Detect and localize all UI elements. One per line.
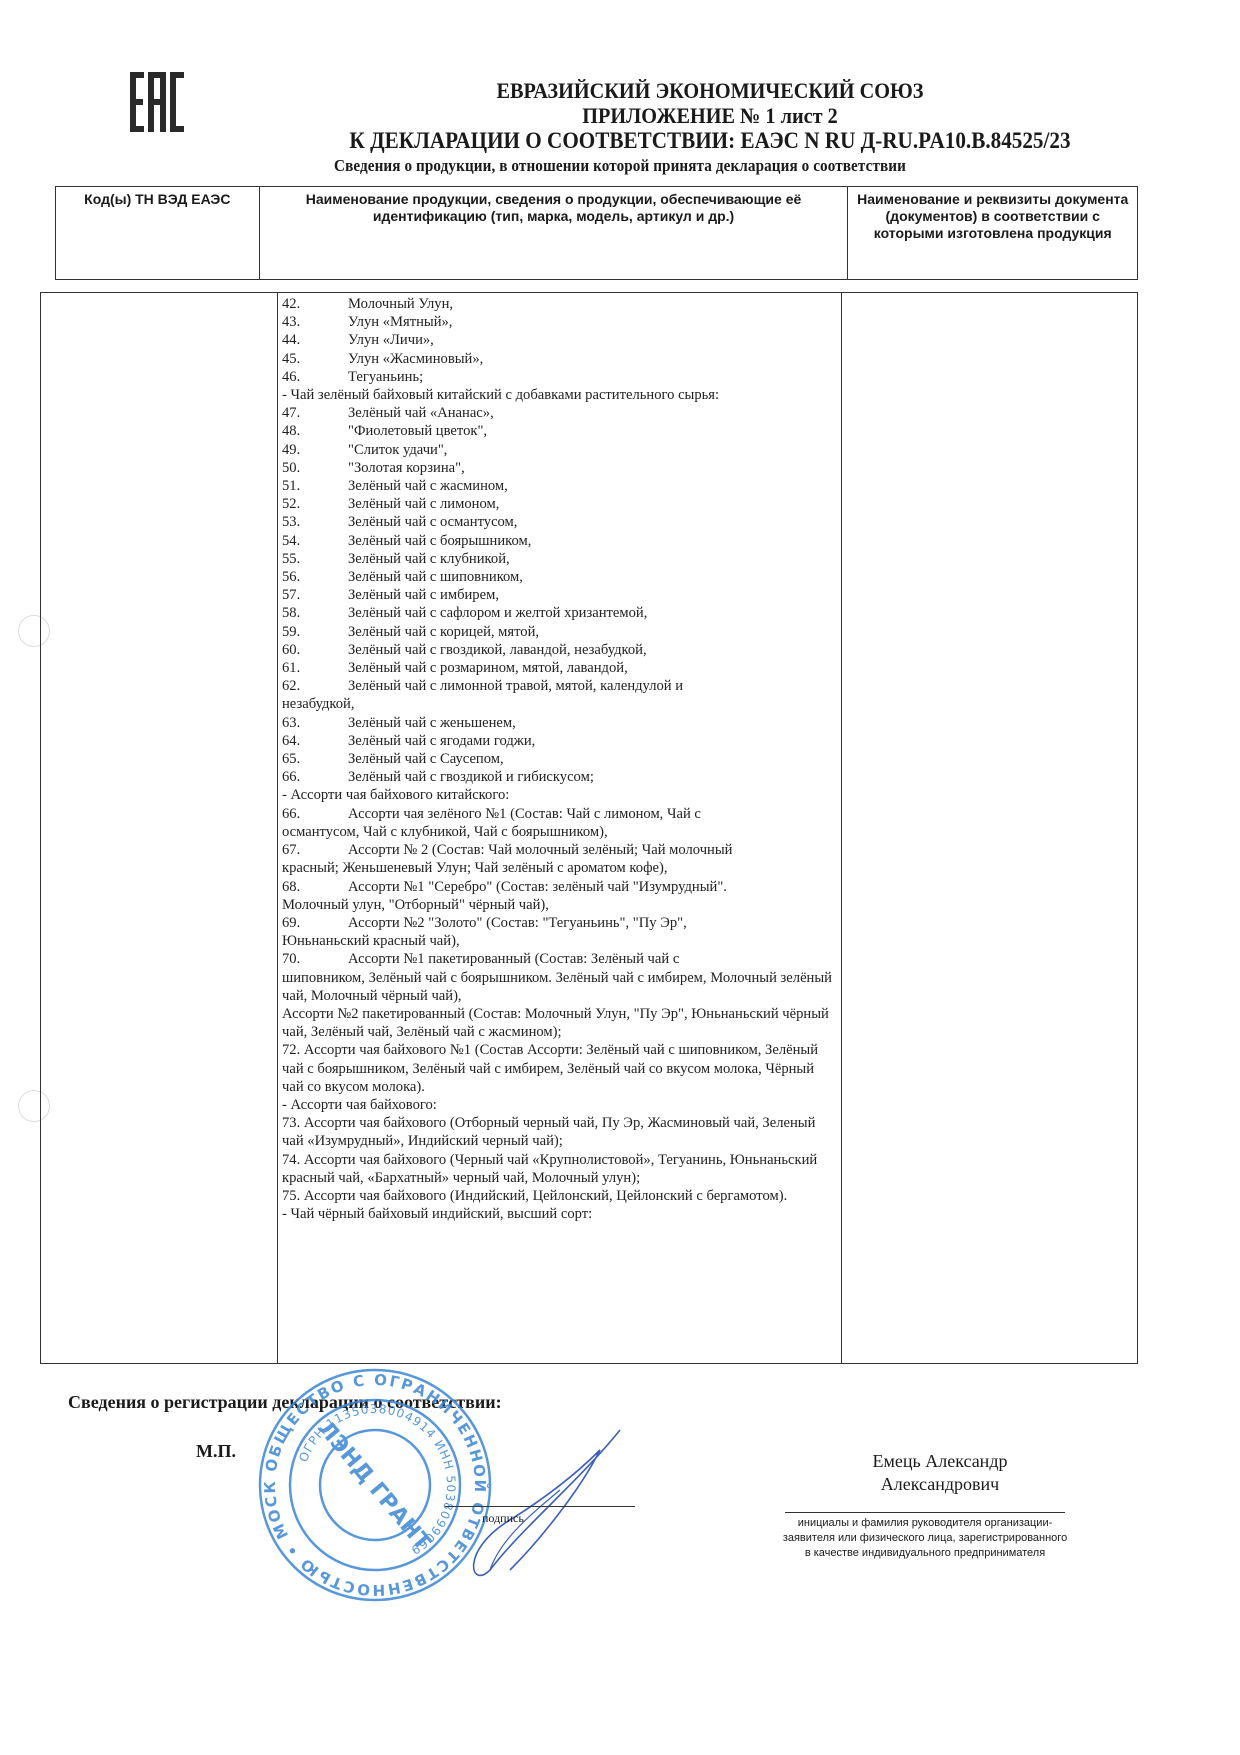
list-item: 47.Зелёный чай «Ананас», (279, 404, 839, 422)
item-text: Зелёный чай с жасмином, (348, 478, 508, 494)
item-text-continued: Молочный улун, "Отборный" чёрный чай), (279, 896, 839, 914)
signature-icon (430, 1420, 630, 1580)
item-text: Зелёный чай с лимонной травой, мятой, ка… (348, 678, 683, 694)
item-text: Зелёный чай с сафлором и желтой хризанте… (348, 605, 647, 621)
item-number: 63. (279, 714, 348, 732)
item-text: Ассорти №1 "Серебро" (Состав: зелёный ча… (348, 879, 727, 895)
products-table-body: 42.Молочный Улун,43.Улун «Мятный»,44.Улу… (40, 292, 1138, 1364)
list-paragraph: 73. Ассорти чая байхового (Отборный черн… (279, 1114, 839, 1150)
item-number: 67. (279, 841, 348, 859)
item-text: Зелёный чай с лимоном, (348, 496, 499, 512)
item-text: "Слиток удачи", (348, 442, 447, 458)
list-item: 69.Ассорти №2 "Золото" (Состав: "Тегуань… (279, 914, 839, 932)
item-number: 43. (279, 313, 348, 331)
item-text: "Фиолетовый цветок", (348, 423, 487, 439)
item-number: 66. (279, 768, 348, 786)
item-text: Зелёный чай с розмарином, мятой, лавандо… (348, 660, 628, 676)
list-item: 66.Ассорти чая зелёного №1 (Состав: Чай … (279, 805, 839, 823)
item-number: 61. (279, 659, 348, 677)
item-number: 52. (279, 495, 348, 513)
list-item: 44.Улун «Личи», (279, 331, 839, 349)
item-number: 44. (279, 331, 348, 349)
declaration-number: К ДЕКЛАРАЦИИ О СООТВЕТСТВИИ: ЕАЭС N RU Д… (140, 128, 1240, 154)
item-number: 57. (279, 586, 348, 604)
list-item: 64.Зелёный чай с ягодами годжи, (279, 732, 839, 750)
list-item: 60.Зелёный чай с гвоздикой, лавандой, не… (279, 641, 839, 659)
list-item: 57.Зелёный чай с имбирем, (279, 586, 839, 604)
item-text: Ассорти № 2 (Состав: Чай молочный зелёны… (348, 842, 732, 858)
section-heading: - Чай зелёный байховый китайский с добав… (279, 386, 839, 404)
table-header: Код(ы) ТН ВЭД ЕАЭС Наименование продукци… (55, 186, 1138, 280)
signature-caption: подпись (482, 1511, 524, 1526)
list-item: 48."Фиолетовый цветок", (279, 422, 839, 440)
list-item: 46.Тегуаньинь; (279, 368, 839, 386)
signer-name-line (785, 1512, 1065, 1513)
column-header-documents: Наименование и реквизиты документа (доку… (848, 187, 1138, 280)
signer-name-line1: Емець Александр (830, 1450, 1050, 1473)
list-item: 56.Зелёный чай с шиповником, (279, 568, 839, 586)
product-list: 42.Молочный Улун,43.Улун «Мятный»,44.Улу… (279, 295, 839, 1223)
list-item: 65.Зелёный чай с Саусепом, (279, 750, 839, 768)
column-header-product: Наименование продукции, сведения о проду… (259, 187, 848, 280)
signer-caption: инициалы и фамилия руководителя организа… (780, 1516, 1070, 1561)
item-text-continued: Юньнаньский красный чай), (279, 932, 839, 950)
item-number: 66. (279, 805, 348, 823)
section-heading: - Ассорти чая байхового: (279, 1096, 839, 1114)
item-number: 68. (279, 878, 348, 896)
item-text-continued: красный; Женьшеневый Улун; Чай зелёный с… (279, 859, 839, 877)
union-title: ЕВРАЗИЙСКИЙ ЭКОНОМИЧЕСКИЙ СОЮЗ (140, 78, 1240, 104)
item-number: 53. (279, 513, 348, 531)
item-text: Зелёный чай с Саусепом, (348, 751, 504, 767)
list-item: 51.Зелёный чай с жасмином, (279, 477, 839, 495)
item-text: Зелёный чай с корицей, мятой, (348, 624, 539, 640)
item-text: Зелёный чай с боярышником, (348, 533, 531, 549)
item-number: 64. (279, 732, 348, 750)
item-text: Зелёный чай с гвоздикой и гибискусом; (348, 769, 594, 785)
list-paragraph: 74. Ассорти чая байхового (Черный чай «К… (279, 1151, 839, 1187)
list-item: 59.Зелёный чай с корицей, мятой, (279, 623, 839, 641)
item-text: Улун «Личи», (348, 332, 434, 348)
item-number: 51. (279, 477, 348, 495)
item-number: 65. (279, 750, 348, 768)
list-item: 68.Ассорти №1 "Серебро" (Состав: зелёный… (279, 878, 839, 896)
list-item: 70.Ассорти №1 пакетированный (Состав: Зе… (279, 950, 839, 968)
item-number: 42. (279, 295, 348, 313)
item-text: Ассорти чая зелёного №1 (Состав: Чай с л… (348, 806, 701, 822)
section-heading: - Чай чёрный байховый индийский, высший … (279, 1205, 839, 1223)
item-text: "Золотая корзина", (348, 460, 465, 476)
item-text: Зелёный чай с османтусом, (348, 514, 517, 530)
item-text: Улун «Мятный», (348, 314, 452, 330)
item-number: 47. (279, 404, 348, 422)
item-number: 62. (279, 677, 348, 695)
item-text: Зелёный чай с клубникой, (348, 551, 510, 567)
item-text: Зелёный чай с гвоздикой, лавандой, незаб… (348, 642, 647, 658)
item-text: Ассорти №2 "Золото" (Состав: "Тегуаньинь… (348, 915, 687, 931)
item-text: Зелёный чай с шиповником, (348, 569, 523, 585)
item-text-continued: незабудкой, (279, 695, 839, 713)
item-number: 69. (279, 914, 348, 932)
list-item: 45.Улун «Жасминовый», (279, 350, 839, 368)
list-item: 67.Ассорти № 2 (Состав: Чай молочный зел… (279, 841, 839, 859)
signer-name-line2: Александрович (830, 1473, 1050, 1496)
list-item: 66.Зелёный чай с гвоздикой и гибискусом; (279, 768, 839, 786)
item-number: 54. (279, 532, 348, 550)
list-item: 49."Слиток удачи", (279, 441, 839, 459)
item-number: 49. (279, 441, 348, 459)
list-item: 43.Улун «Мятный», (279, 313, 839, 331)
item-number: 45. (279, 350, 348, 368)
list-item: 42.Молочный Улун, (279, 295, 839, 313)
item-number: 56. (279, 568, 348, 586)
item-number: 50. (279, 459, 348, 477)
list-item: 62.Зелёный чай с лимонной травой, мятой,… (279, 677, 839, 695)
section-heading: - Ассорти чая байхового китайского: (279, 786, 839, 804)
item-text: Ассорти №1 пакетированный (Состав: Зелён… (348, 951, 679, 967)
products-subtitle: Сведения о продукции, в отношении которо… (50, 156, 1191, 176)
list-item: 53.Зелёный чай с османтусом, (279, 513, 839, 531)
item-text: Зелёный чай с имбирем, (348, 587, 499, 603)
item-text: Молочный Улун, (348, 296, 453, 312)
stamp-place-label: М.П. (196, 1441, 236, 1462)
column-header-code: Код(ы) ТН ВЭД ЕАЭС (56, 187, 260, 280)
list-paragraph: 72. Ассорти чая байхового №1 (Состав Асс… (279, 1041, 839, 1096)
appendix-title: ПРИЛОЖЕНИЕ № 1 лист 2 (140, 103, 1240, 129)
list-item: 58.Зелёный чай с сафлором и желтой хриза… (279, 604, 839, 622)
signer-name: Емець Александр Александрович (830, 1450, 1050, 1496)
item-text: Зелёный чай с женьшенем, (348, 715, 516, 731)
item-text: Зелёный чай «Ананас», (348, 405, 494, 421)
list-item: 54.Зелёный чай с боярышником, (279, 532, 839, 550)
item-text: Зелёный чай с ягодами годжи, (348, 733, 535, 749)
item-text-continued: шиповником, Зелёный чай с боярышником. З… (279, 969, 839, 1005)
signature-line (445, 1506, 635, 1507)
item-number: 55. (279, 550, 348, 568)
item-number: 70. (279, 950, 348, 968)
item-text: Улун «Жасминовый», (348, 351, 483, 367)
item-number: 60. (279, 641, 348, 659)
list-paragraph: Ассорти №2 пакетированный (Состав: Молоч… (279, 1005, 839, 1041)
list-paragraph: 75. Ассорти чая байхового (Индийский, Це… (279, 1187, 839, 1205)
list-item: 61.Зелёный чай с розмарином, мятой, лава… (279, 659, 839, 677)
list-item: 50."Золотая корзина", (279, 459, 839, 477)
list-item: 55.Зелёный чай с клубникой, (279, 550, 839, 568)
item-number: 46. (279, 368, 348, 386)
item-number: 48. (279, 422, 348, 440)
item-text: Тегуаньинь; (348, 369, 423, 385)
item-text-continued: османтусом, Чай с клубникой, Чай с бояры… (279, 823, 839, 841)
svg-text:ЛЭНД ГРАНТ: ЛЭНД ГРАНТ (313, 1416, 435, 1555)
item-number: 58. (279, 604, 348, 622)
list-item: 52.Зелёный чай с лимоном, (279, 495, 839, 513)
list-item: 63.Зелёный чай с женьшенем, (279, 714, 839, 732)
item-number: 59. (279, 623, 348, 641)
